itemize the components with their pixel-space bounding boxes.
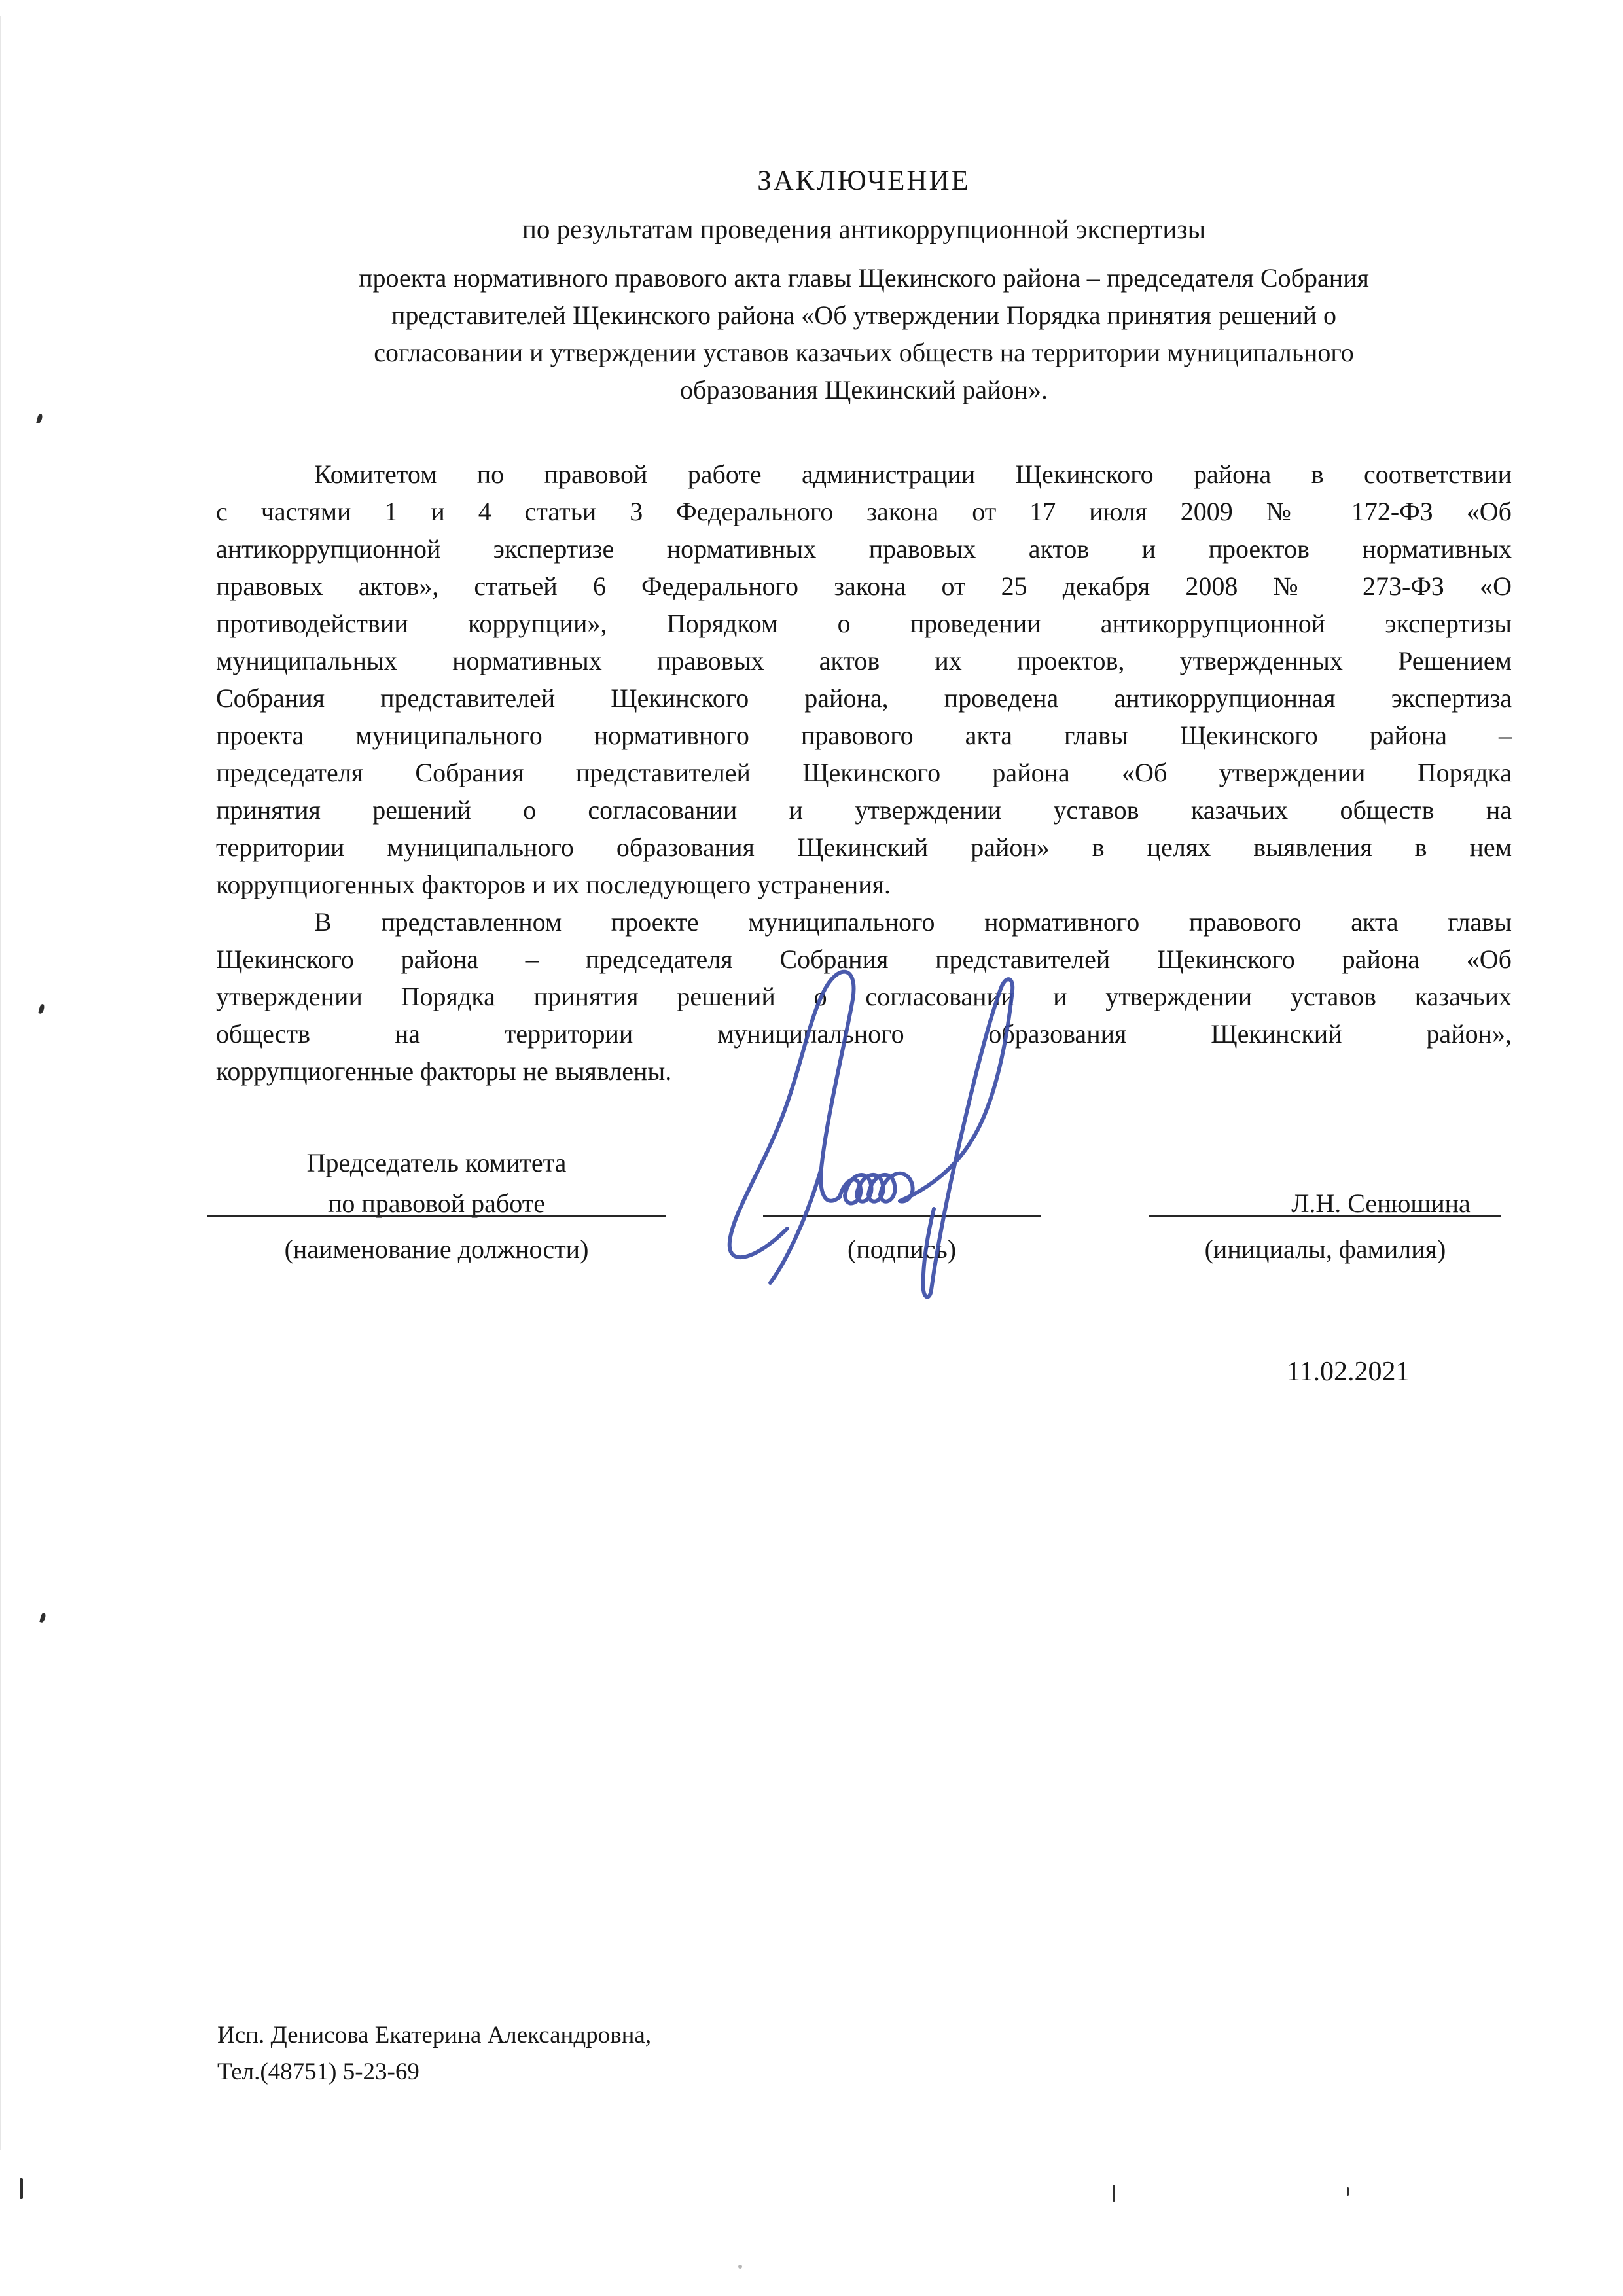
document-title: ЗАКЛЮЧЕНИЕ: [216, 165, 1512, 197]
scan-artifact: [39, 1612, 46, 1623]
body-text-line: Комитетом по правовой работе администрац…: [216, 456, 1512, 493]
position-caption: (наименование должности): [207, 1234, 666, 1265]
handwritten-signature: [710, 952, 1024, 1309]
body-text-line: проекта муниципального нормативного прав…: [216, 717, 1512, 754]
header-line: образования Щекинский район».: [216, 371, 1512, 408]
document-subtitle: по результатам проведения антикоррупцион…: [216, 213, 1512, 245]
body-text-line: территории муниципального образования Ще…: [216, 829, 1512, 866]
scan-edge-artifact: [0, 16, 1, 2150]
header-line: проекта нормативного правового акта глав…: [216, 259, 1512, 296]
document-date: 11.02.2021: [1287, 1356, 1409, 1388]
body-text-line: правовых актов», статьей 6 Федерального …: [216, 567, 1512, 605]
body-text-line: Собрания представителей Щекинского район…: [216, 679, 1512, 717]
body-text-line: принятия решений о согласовании и утверж…: [216, 791, 1512, 829]
name-caption: (инициалы, фамилия): [1149, 1234, 1501, 1265]
name-signature-line: [1149, 1215, 1501, 1217]
body-text-line: противодействии коррупции», Порядком о п…: [216, 605, 1512, 642]
document-header-paragraph: проекта нормативного правового акта глав…: [216, 259, 1512, 408]
body-text-line: муниципальных нормативных правовых актов…: [216, 642, 1512, 679]
executor-phone: Тел.(48751) 5-23-69: [217, 2054, 651, 2090]
body-paragraph-1: Комитетом по правовой работе администрац…: [216, 456, 1512, 903]
scan-artifact: [38, 1003, 45, 1014]
body-text-line: коррупциогенных факторов и их последующе…: [216, 866, 1512, 903]
scan-artifact: [1113, 2185, 1115, 2202]
scan-artifact: [738, 2265, 742, 2269]
scan-artifact: [20, 2178, 23, 2199]
executor-info: Исп. Денисова Екатерина Александровна, Т…: [217, 2017, 651, 2090]
body-text-line: В представленном проекте муниципального …: [216, 903, 1512, 941]
body-text-line: антикоррупционной экспертизе нормативных…: [216, 530, 1512, 567]
body-text-line: председателя Собрания представителей Щек…: [216, 754, 1512, 791]
executor-name: Исп. Денисова Екатерина Александровна,: [217, 2017, 651, 2054]
body-text-line: с частями 1 и 4 статьи 3 Федерального за…: [216, 493, 1512, 530]
document-page: ЗАКЛЮЧЕНИЕ по результатам проведения ант…: [0, 0, 1623, 2296]
header-line: представителей Щекинского района «Об утв…: [216, 296, 1512, 334]
header-line: согласовании и утверждении уставов казач…: [216, 334, 1512, 371]
scan-artifact: [1347, 2187, 1349, 2196]
position-signature-line: [207, 1215, 666, 1217]
scan-artifact: [36, 413, 43, 423]
position-title-line1: Председатель комитета: [207, 1144, 666, 1181]
